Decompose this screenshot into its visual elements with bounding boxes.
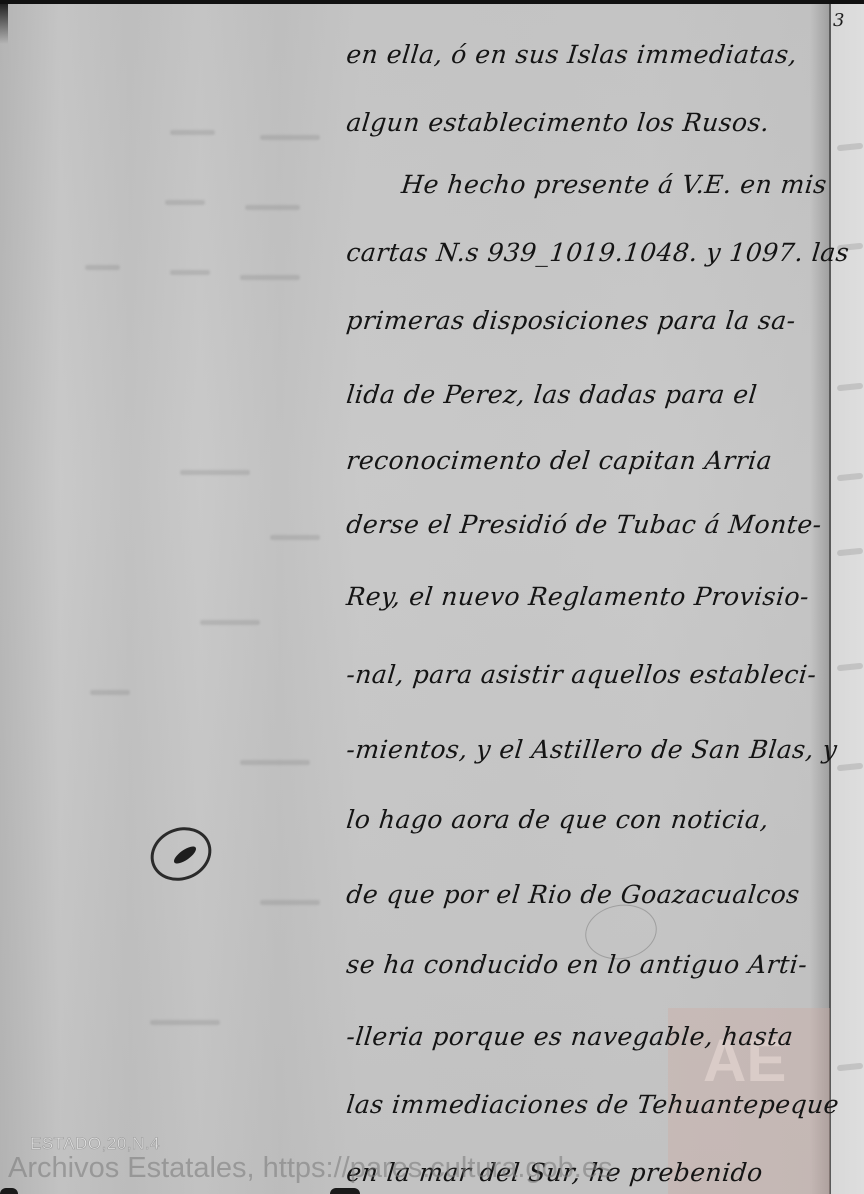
manuscript-line: algun establecimento los Rusos. xyxy=(345,108,828,137)
bleed-through-mark xyxy=(85,265,120,270)
page-corner-shadow xyxy=(0,4,8,44)
manuscript-line: -mientos, y el Astillero de San Blas, y xyxy=(345,735,828,764)
bleed-through-mark xyxy=(260,900,320,905)
bleed-through-mark xyxy=(837,548,863,557)
manuscript-line: lo hago aora de que con noticia, xyxy=(345,805,828,834)
bleed-through-mark xyxy=(837,473,863,482)
archive-reference-watermark: ESTADO,20,N.4 xyxy=(30,1134,160,1154)
bleed-through-mark xyxy=(240,760,310,765)
bleed-through-mark xyxy=(90,690,130,695)
bleed-through-mark xyxy=(837,383,863,392)
scan-bottom-edge xyxy=(330,1188,360,1194)
bleed-through-mark xyxy=(165,200,205,205)
archive-source-watermark: Archivos Estatales, https://pares.cultur… xyxy=(8,1152,612,1185)
scan-bottom-edge xyxy=(0,1188,18,1194)
manuscript-line: He hecho presente á V.E. en mis xyxy=(400,170,864,199)
bleed-through-mark xyxy=(260,135,320,140)
bleed-through-mark xyxy=(270,535,320,540)
manuscript-line: -nal, para asistir aquellos estableci- xyxy=(345,660,828,689)
bleed-through-mark xyxy=(170,270,210,275)
bleed-through-mark xyxy=(240,275,300,280)
manuscript-line: lida de Perez, las dadas para el xyxy=(345,380,828,409)
bleed-through-mark xyxy=(245,205,300,210)
bleed-through-mark xyxy=(837,763,863,772)
bleed-through-mark xyxy=(170,130,215,135)
manuscript-line: reconocimento del capitan Arria xyxy=(345,446,828,475)
manuscript-line: de que por el Rio de Goazacualcos xyxy=(345,880,828,909)
document-scan: 3 AE en ella, ó en sus Islas immediatas,… xyxy=(0,0,864,1194)
manuscript-line: Rey, el nuevo Reglamento Provisio- xyxy=(345,582,828,611)
manuscript-line: primeras disposiciones para la sa- xyxy=(345,306,828,335)
bleed-through-mark xyxy=(150,1020,220,1025)
manuscript-line: en ella, ó en sus Islas immediatas, xyxy=(345,40,828,69)
manuscript-line: cartas N.s 939_1019.1048. y 1097. las xyxy=(345,238,828,267)
manuscript-line: las immediaciones de Tehuantepeque xyxy=(345,1090,828,1119)
bleed-through-mark xyxy=(837,143,863,152)
manuscript-line: se ha conducido en lo antiguo Arti- xyxy=(345,950,828,979)
bleed-through-mark xyxy=(837,1063,863,1072)
manuscript-line: -lleria porque es navegable, hasta xyxy=(345,1022,828,1051)
scan-top-border xyxy=(0,0,864,4)
manuscript-line: derse el Presidió de Tubac á Monte- xyxy=(345,510,828,539)
bleed-through-mark xyxy=(837,663,863,672)
bleed-through-mark xyxy=(200,620,260,625)
folio-number: 3 xyxy=(833,10,844,31)
bleed-through-mark xyxy=(180,470,250,475)
